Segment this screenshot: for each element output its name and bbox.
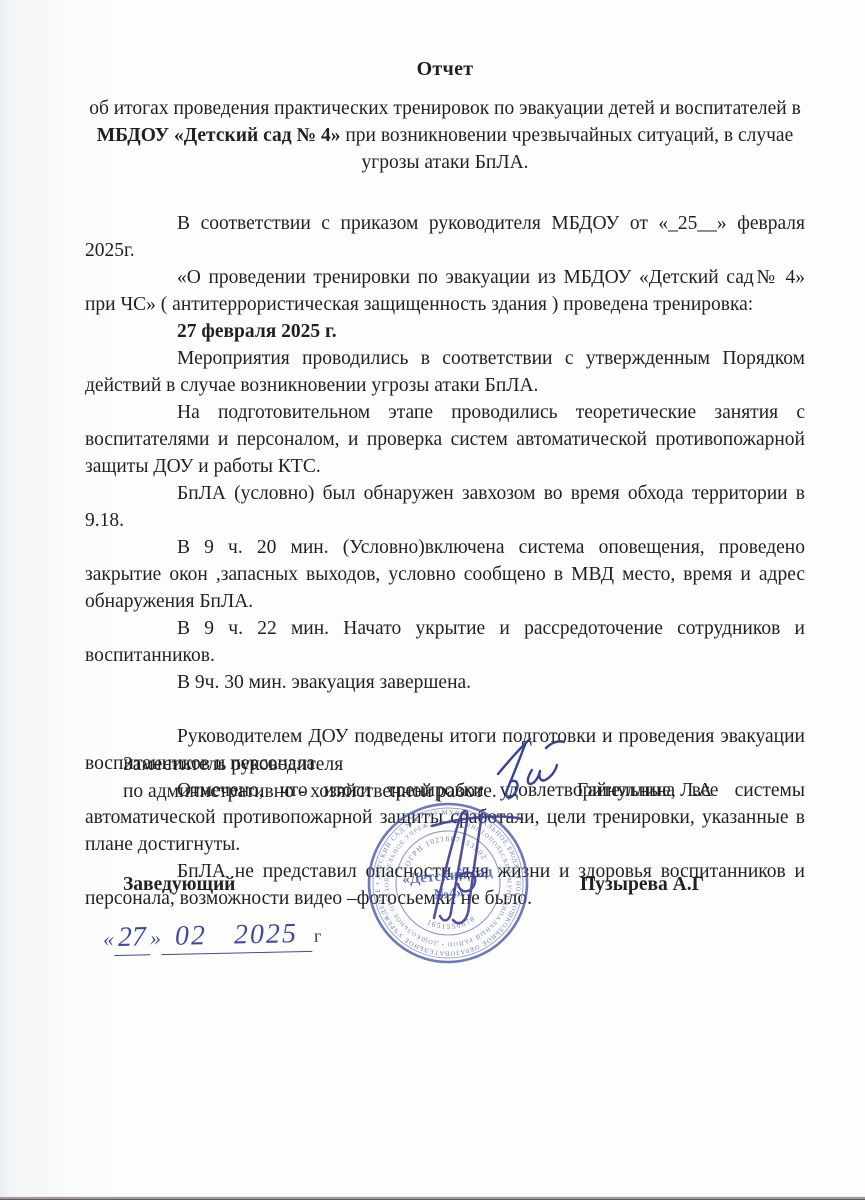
date-suffix: г	[314, 926, 322, 946]
date-year: 2025	[234, 918, 299, 950]
paragraph-order-reference: В соответствии с приказом руководителя М…	[85, 210, 805, 264]
paragraph-evacuation-complete: В 9ч. 30 мин. эвакуация завершена.	[85, 669, 805, 696]
head-signature-scribble	[398, 798, 548, 943]
document-title: Отчет	[85, 56, 805, 83]
paragraph-drill-date: 27 февраля 2025 г.	[85, 318, 805, 345]
deputy-title-line1: Заместитель руководителя	[123, 754, 343, 776]
date-day: 27	[114, 921, 151, 956]
date-month: 02	[175, 920, 208, 952]
head-name: Пузырева А.Г	[580, 874, 704, 896]
subtitle-org-name: МБДОУ «Детский сад № 4»	[97, 125, 341, 146]
handwritten-date: «27»02 2025г	[103, 918, 322, 957]
date-open-quote: «	[103, 926, 115, 951]
paragraph-alert: В 9 ч. 20 мин. (Условно)включена система…	[85, 534, 805, 615]
paragraph-procedure: Мероприятия проводились в соответствии с…	[85, 345, 805, 399]
scan-edge-artifact	[0, 1196, 865, 1200]
subtitle-text-post: при возникновении чрезвычайных ситуаций,…	[340, 125, 793, 173]
subtitle-text-pre: об итогах проведения практических тренир…	[89, 98, 801, 119]
paragraph-shelter: В 9 ч. 22 мин. Начато укрытие и рассредо…	[85, 615, 805, 669]
document-subtitle: об итогах проведения практических тренир…	[85, 95, 805, 176]
document-page: Отчет об итогах проведения практических …	[0, 0, 865, 1200]
paragraph-preparation: На подготовительном этапе проводились те…	[85, 399, 805, 480]
head-title: Заведующий	[123, 874, 235, 896]
paragraph-order-subject: «О проведении тренировки по эвакуации из…	[85, 264, 805, 318]
paragraph-detection: БпЛА (условно) был обнаружен завхозом во…	[85, 480, 805, 534]
date-close-quote: »	[150, 925, 162, 950]
deputy-name: Гайнуллина Л.А	[577, 780, 712, 802]
